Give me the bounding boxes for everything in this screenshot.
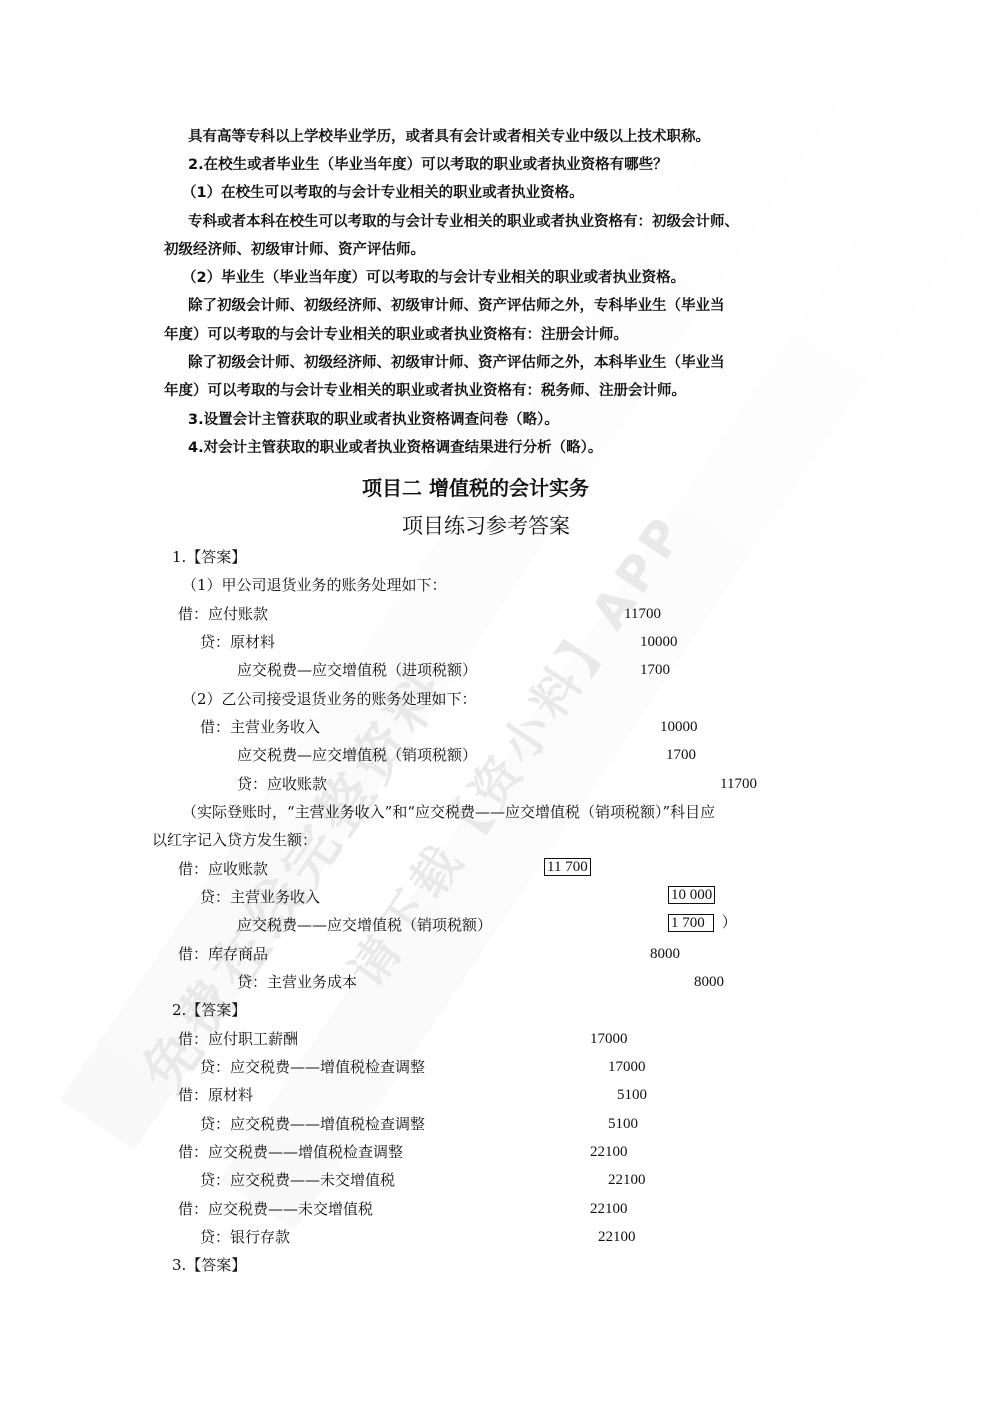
paragraph: 初级经济师、初级审计师、资产评估师。 bbox=[164, 240, 425, 260]
entry-amount: 11700 bbox=[720, 774, 757, 794]
question-heading: 3.设置会计主管获取的职业或者执业资格调查问卷（略）。 bbox=[188, 410, 559, 430]
paragraph: 年度）可以考取的与会计专业相关的职业或者执业资格有：注册会计师。 bbox=[164, 325, 628, 345]
red-amount: 10 000 bbox=[668, 885, 715, 905]
entry-amount: 8000 bbox=[694, 972, 724, 992]
section-subtitle: 项目练习参考答案 bbox=[402, 513, 570, 539]
entry-account: 贷：银行存款 bbox=[200, 1227, 290, 1247]
paragraph: 除了初级会计师、初级经济师、初级审计师、资产评估师之外，本科毕业生（毕业当 bbox=[188, 353, 725, 373]
entry-amount: 1700 bbox=[640, 660, 670, 680]
entry-account: 应交税费—应交增值税（进项税额） bbox=[237, 660, 477, 680]
paragraph: 具有高等专科以上学校毕业学历，或者具有会计或者相关专业中级以上技术职称。 bbox=[188, 127, 710, 147]
red-amount-box: 10 000 bbox=[668, 886, 715, 904]
entry-account: 借：应交税费——增值税检查调整 bbox=[178, 1142, 403, 1162]
red-amount-box: 11 700 bbox=[544, 858, 591, 876]
section-title: 项目二 增值税的会计实务 bbox=[362, 475, 589, 501]
entry-amount: 17000 bbox=[608, 1057, 646, 1077]
entry-account: 贷：应交税费——增值税检查调整 bbox=[200, 1114, 425, 1134]
entry-account: 贷：主营业务成本 bbox=[237, 972, 357, 992]
entry-account: 贷：主营业务收入 bbox=[200, 887, 320, 907]
entry-account: 借：应付职工薪酬 bbox=[178, 1029, 298, 1049]
paragraph: 除了初级会计师、初级经济师、初级审计师、资产评估师之外，专科毕业生（毕业当 bbox=[188, 296, 725, 316]
entry-account: 应交税费——应交增值税（销项税额） bbox=[237, 915, 492, 935]
entry-account: 借：主营业务收入 bbox=[200, 717, 320, 737]
answer-label: 3.【答案】 bbox=[172, 1255, 246, 1275]
entry-account: 贷：应交税费——未交增值税 bbox=[200, 1170, 395, 1190]
sub-heading: （2）乙公司接受退货业务的账务处理如下： bbox=[182, 689, 477, 709]
entry-amount: 5100 bbox=[608, 1114, 638, 1134]
entry-account: 借：应收账款 bbox=[178, 859, 268, 879]
entry-account: 借：应交税费——未交增值税 bbox=[178, 1199, 373, 1219]
entry-amount: 10000 bbox=[640, 632, 678, 652]
entry-account: 贷：应收账款 bbox=[237, 774, 327, 794]
question-heading: 4.对会计主管获取的职业或者执业资格调查结果进行分析（略）。 bbox=[188, 438, 602, 458]
question-heading: 2.在校生或者毕业生（毕业当年度）可以考取的职业或者执业资格有哪些？ bbox=[188, 155, 668, 175]
sub-heading: （1）在校生可以考取的与会计专业相关的职业或者执业资格。 bbox=[182, 183, 584, 203]
red-amount-box: 1 700 bbox=[668, 914, 714, 932]
entry-amount: 22100 bbox=[608, 1170, 646, 1190]
entry-amount: 22100 bbox=[590, 1142, 628, 1162]
entry-account: 借：原材料 bbox=[178, 1085, 253, 1105]
paragraph: 年度）可以考取的与会计专业相关的职业或者执业资格有：税务师、注册会计师。 bbox=[164, 381, 686, 401]
entry-account: 借：应付账款 bbox=[178, 604, 268, 624]
note: （实际登账时，“主营业务收入”和“应交税费——应交增值税（销项税额）”科目应 bbox=[182, 802, 715, 822]
entry-account: 借：库存商品 bbox=[178, 944, 268, 964]
entry-amount: 22100 bbox=[598, 1227, 636, 1247]
answer-label: 2.【答案】 bbox=[172, 1000, 246, 1020]
entry-account: 应交税费—应交增值税（销项税额） bbox=[237, 745, 477, 765]
entry-amount: 8000 bbox=[650, 944, 680, 964]
entry-amount: 1700 bbox=[666, 745, 696, 765]
entry-amount: 11700 bbox=[624, 604, 661, 624]
sub-heading: （2）毕业生（毕业当年度）可以考取的与会计专业相关的职业或者执业资格。 bbox=[182, 268, 685, 288]
document-page: 免费在线完整资料 请下载【资小料】APP 具有高等专科以上学校毕业学历，或者具有… bbox=[0, 0, 992, 1403]
answer-label: 1.【答案】 bbox=[172, 547, 246, 567]
entry-amount: 10000 bbox=[660, 717, 698, 737]
closing-paren: ） bbox=[722, 915, 737, 931]
red-amount: 1 700） bbox=[668, 913, 737, 933]
entry-amount: 5100 bbox=[617, 1085, 647, 1105]
entry-amount: 17000 bbox=[590, 1029, 628, 1049]
entry-account: 贷：原材料 bbox=[200, 632, 275, 652]
sub-heading: （1）甲公司退货业务的账务处理如下： bbox=[182, 575, 447, 595]
entry-account: 贷：应交税费——增值税检查调整 bbox=[200, 1057, 425, 1077]
entry-amount: 22100 bbox=[590, 1199, 628, 1219]
note: 以红字记入贷方发生额： bbox=[152, 830, 317, 850]
paragraph: 专科或者本科在校生可以考取的与会计专业相关的职业或者执业资格有：初级会计师、 bbox=[188, 212, 739, 232]
red-amount: 11 700 bbox=[544, 857, 591, 877]
